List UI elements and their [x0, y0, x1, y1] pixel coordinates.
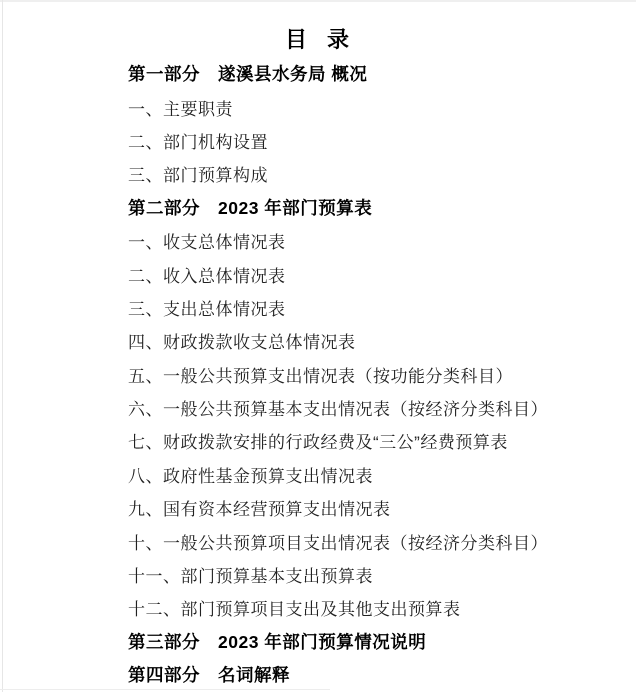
- toc-item: 三、支出总体情况表: [128, 291, 636, 324]
- toc-item: 十一、部门预算基本支出预算表: [128, 558, 636, 591]
- toc-part-heading: 第二部分 2023 年部门预算表: [128, 191, 636, 224]
- toc-item: 五、一般公共预算支出情况表（按功能分类科目）: [128, 358, 636, 391]
- page-left-edge: [2, 0, 3, 692]
- document-page: 目 录 第一部分 遂溪县水务局 概况一、主要职责二、部门机构设置三、部门预算构成…: [0, 0, 636, 691]
- toc-item: 八、政府性基金预算支出情况表: [128, 458, 636, 491]
- page-bottom-edge: [0, 689, 330, 690]
- toc-item: 十二、部门预算项目支出及其他支出预算表: [128, 591, 636, 624]
- toc-item: 六、一般公共预算基本支出情况表（按经济分类科目）: [128, 391, 636, 424]
- toc-item: 一、收支总体情况表: [128, 224, 636, 257]
- toc-item: 一、主要职责: [128, 90, 636, 123]
- toc-title: 目 录: [0, 0, 636, 52]
- toc-item: 七、财政拨款安排的行政经费及“三公”经费预算表: [128, 424, 636, 457]
- toc-item: 九、国有资本经营预算支出情况表: [128, 491, 636, 524]
- toc-part-heading: 第一部分 遂溪县水务局 概况: [128, 57, 636, 90]
- toc-item: 四、财政拨款收支总体情况表: [128, 324, 636, 357]
- toc-item: 二、部门机构设置: [128, 124, 636, 157]
- toc-part-heading: 第三部分 2023 年部门预算情况说明: [128, 625, 636, 658]
- toc-item: 二、收入总体情况表: [128, 257, 636, 290]
- page-top-edge: [0, 0, 636, 2]
- toc-list: 第一部分 遂溪县水务局 概况一、主要职责二、部门机构设置三、部门预算构成第二部分…: [0, 57, 636, 691]
- toc-item: 十、一般公共预算项目支出情况表（按经济分类科目）: [128, 524, 636, 557]
- toc-part-heading: 第四部分 名词解释: [128, 658, 636, 691]
- toc-item: 三、部门预算构成: [128, 157, 636, 190]
